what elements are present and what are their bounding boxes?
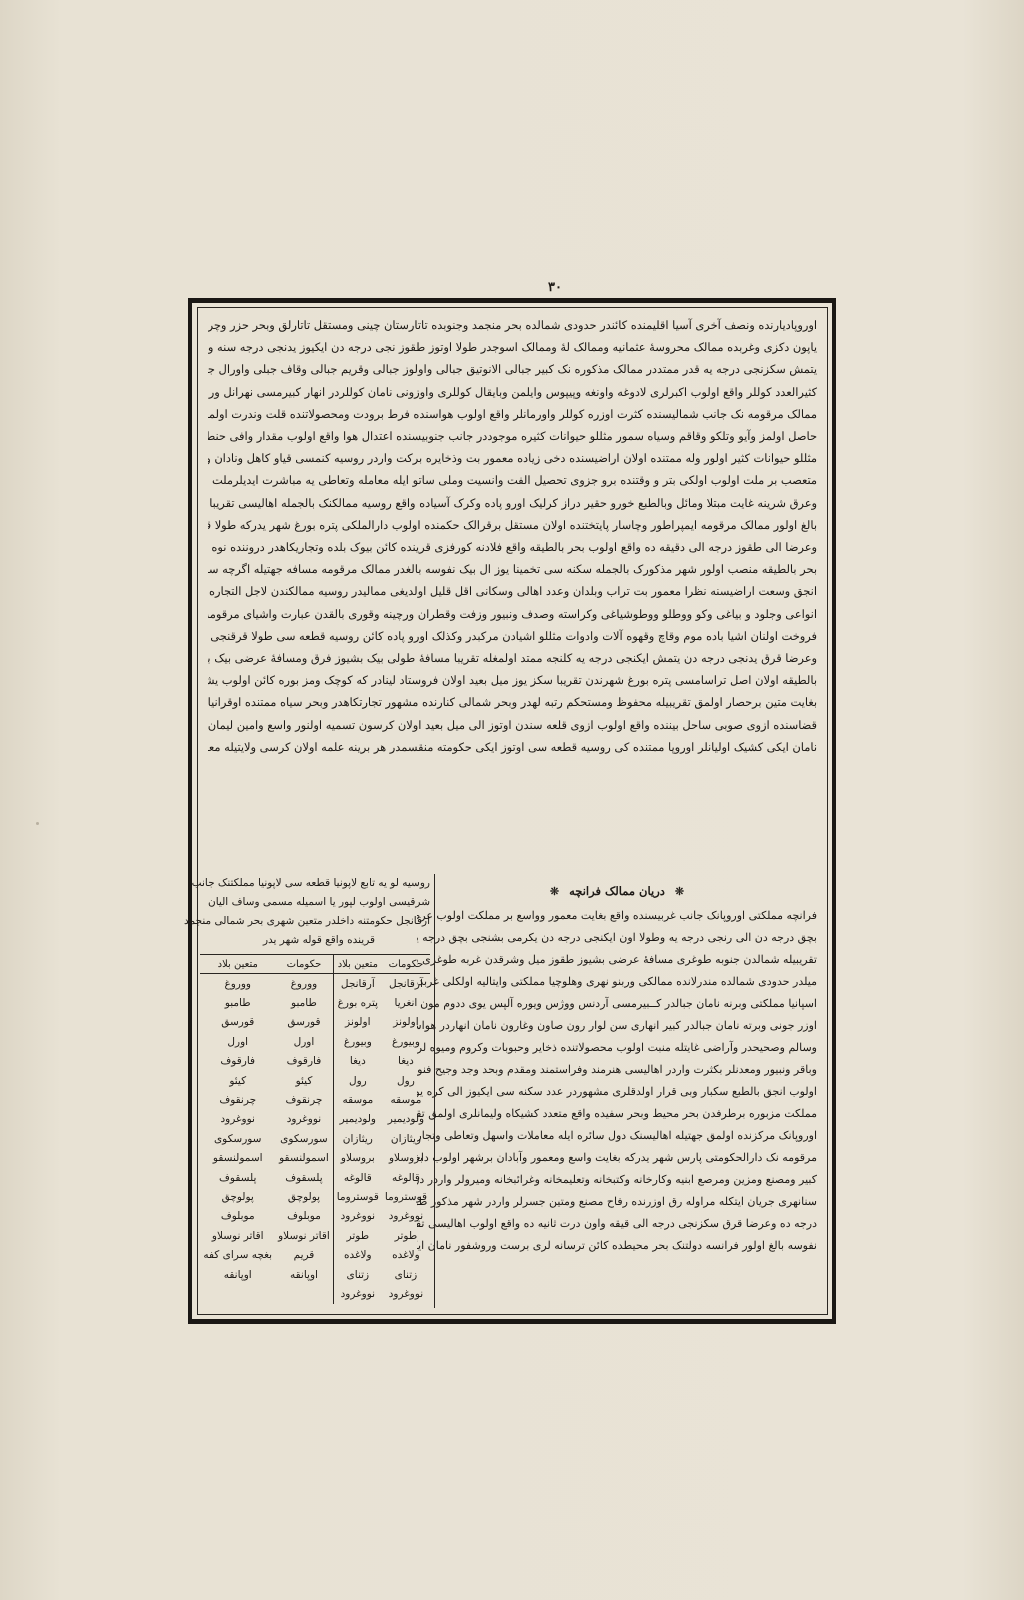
capital-cell: طامبو	[200, 993, 275, 1012]
capital-cell: وبیورغ	[333, 1032, 382, 1051]
government-cell: اسمولنسقو	[275, 1149, 333, 1168]
ornament-icon: ❊	[550, 885, 559, 898]
capital-cell: ولاغده	[333, 1245, 382, 1264]
government-cell: دیغا	[382, 1052, 430, 1071]
text-line: فروخت اولنان اشیا باده موم وقاچ وقهوه آل…	[208, 625, 817, 647]
table-body: آرقانجلآرقانجلووروغووروغانغریاپتره بورغط…	[200, 974, 430, 1304]
capital-cell: ووروغ	[200, 974, 275, 994]
text-line: نامان ایکی کشیک اولیانلر اوروپا ممتنده ک…	[208, 736, 817, 758]
government-cell: فارقوف	[275, 1052, 333, 1071]
text-line: مرقومه نک دارالحکومتی پارس شهر یدرکه بغا…	[417, 1147, 817, 1169]
capital-cell: پولوچق	[200, 1187, 275, 1206]
header-capitals: متعین بلاد	[200, 955, 275, 974]
text-line: بالغ اولور ممالک مرقومه ایمپراطور وچاسار…	[208, 514, 817, 536]
table-header-row: حکومات متعین بلاد حکومات متعین بلاد	[200, 955, 430, 974]
capital-cell: فارقوف	[200, 1052, 275, 1071]
header-governments: حکومات	[275, 955, 333, 974]
table-row: ریثازانریثازانسورسکویسورسکوی	[200, 1129, 430, 1148]
government-cell: قریم	[275, 1245, 333, 1264]
table-row: رولرولکیئوکیئو	[200, 1071, 430, 1090]
government-cell: اوپانقه	[275, 1265, 333, 1284]
government-cell: ووروغ	[275, 974, 333, 994]
government-cell: وبیورغ	[382, 1032, 430, 1051]
table-row: قوستروماقوستروماپولوچقپولوچق	[200, 1187, 430, 1206]
table-row: ولودیمیرولودیمیرنووغرودنووغرود	[200, 1110, 430, 1129]
text-line: انجق وسعت اراضیسنه نظرا معمور بت تراب وب…	[208, 580, 817, 602]
capital-cell: اوپانقه	[200, 1265, 275, 1284]
capital-cell: اسمولنسقو	[200, 1149, 275, 1168]
text-line: میلدر حدودی شمالده مندرلانده ممالکی وربن…	[417, 971, 817, 993]
government-cell: نووغرود	[275, 1110, 333, 1129]
main-text-block: اوروپادیارنده ونصف آخری آسیا اقلیمنده کا…	[208, 314, 817, 758]
government-cell: موسقه	[382, 1090, 430, 1109]
page-number: ٣٠	[548, 280, 562, 295]
capital-cell: بغچه سرای کفه	[200, 1245, 275, 1264]
france-section: ❊ دریان ممالک فرانچه ❊ فرانچه مملکتی اور…	[417, 874, 817, 1308]
capital-cell: آرقانجل	[333, 974, 382, 994]
government-cell: ولودیمیر	[382, 1110, 430, 1129]
text-line: وسالم وصحیحدر وآراضی غایتله منبت اولوب م…	[417, 1037, 817, 1059]
text-line: اوروپانک مرکزنده اولمق جهتیله اهالیسنک د…	[417, 1125, 817, 1147]
government-cell: کیئو	[275, 1071, 333, 1090]
text-line: متعصب بر ملت اولوب اولکی بتر و وقتنده بر…	[208, 469, 817, 491]
government-cell: موبلوف	[275, 1207, 333, 1226]
capital-cell: نووغرود	[333, 1284, 382, 1303]
government-cell: اورل	[275, 1032, 333, 1051]
text-line: وعرضا قرق یدنجی درجه دن یتمش ایکنجی درجه…	[208, 647, 817, 669]
text-line: درجه ده وعرضا قرق سکزنجی درجه الی قیقه و…	[417, 1213, 817, 1235]
table-row: اولونزاولونزقورسققورسق	[200, 1013, 430, 1032]
government-cell: قورسق	[275, 1013, 333, 1032]
intro-line: روسیه لو یه تابع لاپونیا قطعه سی لاپونیا…	[208, 874, 430, 893]
table-row: زتنایزتنایاوپانقهاوپانقه	[200, 1265, 430, 1284]
capital-cell: رول	[333, 1071, 382, 1090]
capital-cell: زتنای	[333, 1265, 382, 1284]
page-frame: اوروپادیارنده ونصف آخری آسیا اقلیمنده کا…	[188, 298, 836, 1324]
text-line: نفوسه بالغ اولور فرانسه دولتنک بحر محیطد…	[417, 1235, 817, 1257]
header-governments: حکومات	[382, 955, 430, 974]
text-line: کثیرالعدد کوللر واقع اولوب اکبرلری لادوغ…	[208, 381, 817, 403]
government-cell: بروسلاو	[382, 1149, 430, 1168]
capital-cell: قورسق	[200, 1013, 275, 1032]
text-line: وعرضا الی طقوز درجه الی دقیقه ده واقع او…	[208, 536, 817, 558]
text-line: مثللو حیوانات کثیر اولور وله ممتنده اولا…	[208, 447, 817, 469]
government-cell: نووغرود	[382, 1207, 430, 1226]
intro-line: شرقیسی اولوب لپور یا اسمیله مسمی وساف ال…	[208, 893, 430, 912]
government-cell: طوتر	[382, 1226, 430, 1245]
capital-cell: طوتر	[333, 1226, 382, 1245]
text-line: وعرق شرینه غایت مبتلا ومائل وبالطبع خورو…	[208, 492, 817, 514]
text-line: کبیر ومصنع ومزین ومرصع ابنیه وکارخانه وک…	[417, 1169, 817, 1191]
text-line: مملکت مزبوره برطرفدن بحر محیط وبحر سفیده…	[417, 1103, 817, 1125]
text-line: اولوب انجق بالطبع سکبار وبی قرار اولدقلر…	[417, 1081, 817, 1103]
government-cell: قالوغه	[382, 1168, 430, 1187]
capital-cell: اقاتر نوسلاو	[200, 1226, 275, 1245]
capital-cell: کیئو	[200, 1071, 275, 1090]
table-row: نووغرودنووغرود	[200, 1284, 430, 1303]
text-line: اوزر جونی وبرته نامان جبالدر کبیر انهاری…	[417, 1015, 817, 1037]
government-cell: نووغرود	[382, 1284, 430, 1303]
capital-cell: موبلوف	[200, 1207, 275, 1226]
text-line: اسپانیا مملکتی وبرنه نامان جبالدر کــبیر…	[417, 993, 817, 1015]
capital-cell	[200, 1284, 275, 1303]
capital-cell: ولودیمیر	[333, 1110, 382, 1129]
capital-cell: نووغرود	[333, 1207, 382, 1226]
capital-cell: پلسقوف	[200, 1168, 275, 1187]
governments-table: حکومات متعین بلاد حکومات متعین بلاد آرقا…	[200, 954, 430, 1304]
section-heading: ❊ دریان ممالک فرانچه ❊	[417, 880, 817, 903]
text-line: ممالک مرقومه نک جانب شمالیسنده کثرت اوزر…	[208, 403, 817, 425]
text-line: فرانچه مملکتی اوروپانک جانب غربیسنده واق…	[417, 905, 817, 927]
table-row: قالوغهقالوغهپلسقوفپلسقوف	[200, 1168, 430, 1187]
text-line: سنانهری جریان ایتکله مراوله رق اوزرنده ر…	[417, 1191, 817, 1213]
government-cell: ریثازان	[382, 1129, 430, 1148]
text-line: تقریبیله شمالدن جنوبه طوغری مسافهٔ عرضی …	[417, 949, 817, 971]
capital-cell: قالوغه	[333, 1168, 382, 1187]
lower-section: ❊ دریان ممالک فرانچه ❊ فرانچه مملکتی اور…	[204, 874, 821, 1308]
government-cell: چرنقوف	[275, 1090, 333, 1109]
capital-cell: بروسلاو	[333, 1149, 382, 1168]
government-cell: سورسکوی	[275, 1129, 333, 1148]
text-line: وباقر ونبیور ومعدنلر بکثرت واردر اهالیسی…	[417, 1059, 817, 1081]
intro-line: ارقانجل حکومتنه داخلدر متعین شهری بحر شم…	[208, 912, 430, 931]
government-cell: قوستروما	[382, 1187, 430, 1206]
capital-cell: اولونز	[333, 1013, 382, 1032]
government-cell: انغریا	[382, 993, 430, 1012]
capital-cell: چرنقوف	[200, 1090, 275, 1109]
government-cell: زتنای	[382, 1265, 430, 1284]
ornament-icon: ❊	[675, 885, 684, 898]
lapland-intro: روسیه لو یه تابع لاپونیا قطعه سی لاپونیا…	[208, 874, 430, 950]
government-cell: اولونز	[382, 1013, 430, 1032]
text-line: حاصل اولمز وآیو وتلکو وقاقم وسیاه سمور م…	[208, 425, 817, 447]
capital-cell: دیغا	[333, 1052, 382, 1071]
text-line: بچق درجه دن الی رنجی درجه یه وطولا اون ا…	[417, 927, 817, 949]
section-heading-text: دریان ممالک فرانچه	[569, 884, 665, 898]
table-row: بروسلاوبروسلاواسمولنسقواسمولنسقو	[200, 1149, 430, 1168]
table-row: انغریاپتره بورغطامبوطامبو	[200, 993, 430, 1012]
capital-cell: موسقه	[333, 1090, 382, 1109]
government-cell: پولوچق	[275, 1187, 333, 1206]
capital-cell: ریثازان	[333, 1129, 382, 1148]
table-row: وبیورغوبیورغاورلاورل	[200, 1032, 430, 1051]
text-line: انواعی وجلود و بیاغی وکو ووطلو ووطوشیاغی…	[208, 603, 817, 625]
table-row: موسقهموسقهچرنقوفچرنقوف	[200, 1090, 430, 1109]
text-line: قضاسنده ازوی صوبی ساحل بیننده واقع اولوب…	[208, 714, 817, 736]
text-line: بغایت متین برحصار اولمق تقریبیله محفوظ و…	[208, 691, 817, 713]
government-cell: رول	[382, 1071, 430, 1090]
table-row: دیغادیغافارقوففارقوف	[200, 1052, 430, 1071]
capital-cell: اورل	[200, 1032, 275, 1051]
table-row: نووغرودنووغرودموبلوفموبلوف	[200, 1207, 430, 1226]
text-line: بحر بالطیقه منصب اولور شهر مذکورک بالجمل…	[208, 558, 817, 580]
paper-blemish	[36, 822, 39, 825]
table-row: آرقانجلآرقانجلووروغووروغ	[200, 974, 430, 994]
capital-cell: سورسکوی	[200, 1129, 275, 1148]
table-row: طوترطوتراقاتر نوسلاواقاتر نوسلاو	[200, 1226, 430, 1245]
text-line: بالطیقه اولان اصل تراسامسی پتره بورغ شهر…	[208, 669, 817, 691]
government-cell: اقاتر نوسلاو	[275, 1226, 333, 1245]
government-cell: آرقانجل	[382, 974, 430, 994]
capital-cell: نووغرود	[200, 1110, 275, 1129]
text-line: اوروپادیارنده ونصف آخری آسیا اقلیمنده کا…	[208, 314, 817, 336]
column-divider	[434, 874, 435, 1308]
government-cell: پلسقوف	[275, 1168, 333, 1187]
governments-section: روسیه لو یه تابع لاپونیا قطعه سی لاپونیا…	[208, 874, 430, 1308]
text-line: یتمش سکزنجی درجه یه قدر ممتددر ممالک مذک…	[208, 358, 817, 380]
intro-line: قرینده واقع قوله شهر یدر	[208, 931, 430, 950]
government-cell: طامبو	[275, 993, 333, 1012]
france-text: فرانچه مملکتی اوروپانک جانب غربیسنده واق…	[417, 905, 817, 1257]
capital-cell: پتره بورغ	[333, 993, 382, 1012]
government-cell	[275, 1284, 333, 1303]
header-capitals: متعین بلاد	[333, 955, 382, 974]
inner-rule: اوروپادیارنده ونصف آخری آسیا اقلیمنده کا…	[197, 307, 828, 1315]
table-row: ولاغدهولاغدهقریمبغچه سرای کفه	[200, 1245, 430, 1264]
capital-cell: قوستروما	[333, 1187, 382, 1206]
government-cell: ولاغده	[382, 1245, 430, 1264]
text-line: یاپون دکزی وغربده ممالک محروسهٔ عثمانیه …	[208, 336, 817, 358]
